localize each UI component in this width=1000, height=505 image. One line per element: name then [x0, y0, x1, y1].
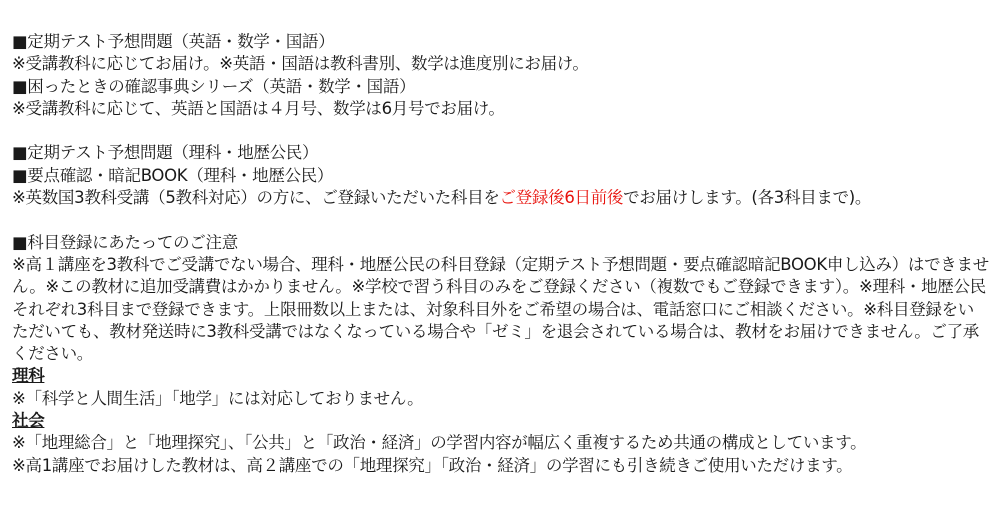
- item-title-reference-series: ■困ったときの確認事典シリーズ（英語・数学・国語）: [12, 76, 992, 98]
- notice-document: ■定期テスト予想問題（英語・数学・国語） ※受講教科に応じてお届け。※英語・国語…: [12, 31, 992, 477]
- social-note-shared-structure: ※「地理総合」と「地理探究」、「公共」と「政治・経済」の学習内容が幅広く重複する…: [12, 432, 992, 454]
- science-heading: 理科: [12, 365, 992, 387]
- delivery-note-after: でお届けします。(各3科目まで)。: [623, 188, 871, 207]
- delivery-note: ※英数国3教科受講（5教科対応）の方に、ご登録いただいた科目をご登録後6日前後で…: [12, 187, 992, 209]
- registration-caution-title: ■科目登録にあたってのご注意: [12, 232, 992, 254]
- item-title-periodic-test-core: ■定期テスト予想問題（英語・数学・国語）: [12, 31, 992, 53]
- delivery-note-before: ※英数国3教科受講（5教科対応）の方に、ご登録いただいた科目を: [12, 188, 500, 207]
- social-note-continued-use: ※高1講座でお届けした教材は、高２講座での「地理探究」「政治・経済」の学習にも引…: [12, 455, 992, 477]
- registration-caution-paragraph: ※高１講座を3教科でご受講でない場合、理科・地歴公民の科目登録（定期テスト予想問…: [12, 254, 990, 365]
- science-note: ※「科学と人間生活」「地学」には対応しておりません。: [12, 388, 992, 410]
- item-title-memorization-book: ■要点確認・暗記BOOK（理科・地歴公民）: [12, 165, 992, 187]
- item-note-periodic-test-core: ※受講教科に応じてお届け。※英語・国語は教科書別、数学は進度別にお届け。: [12, 53, 992, 75]
- delivery-timing-highlight: ご登録後6日前後: [500, 188, 624, 207]
- spacer: [12, 209, 992, 231]
- item-title-periodic-test-science-social: ■定期テスト予想問題（理科・地歴公民）: [12, 142, 992, 164]
- spacer: [12, 120, 992, 142]
- social-heading: 社会: [12, 410, 992, 432]
- item-note-reference-series: ※受講教科に応じて、英語と国語は４月号、数学は6月号でお届け。: [12, 98, 992, 120]
